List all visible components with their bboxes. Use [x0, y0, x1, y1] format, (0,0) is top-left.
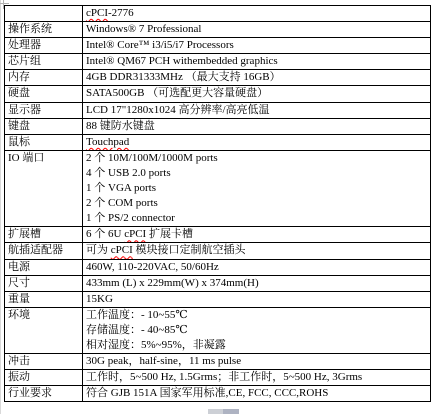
- scrollbar-thumb-light-segment: [208, 409, 223, 414]
- spec-label-cell[interactable]: 处理器: [5, 38, 83, 54]
- spec-value-cell[interactable]: 可为 cPCI 模块接口定制航空插头: [83, 243, 431, 259]
- table-row: 电源460W, 110-220VAC, 50/60Hz: [5, 259, 431, 275]
- spec-value-cell[interactable]: cPCI-2776: [83, 6, 431, 22]
- spec-line: 4GB DDR31333MHz （最大支持 16GB）: [86, 70, 427, 85]
- spec-label-cell[interactable]: 航插适配器: [5, 243, 83, 259]
- table-row: 显示器LCD 17"1280x1024 高分辨率/高亮低温: [5, 102, 431, 118]
- spec-label-cell[interactable]: [5, 6, 83, 22]
- spec-line: 30G peak，half-sine，11 ms pulse: [86, 354, 427, 369]
- spec-label-cell[interactable]: 鼠标: [5, 134, 83, 150]
- spec-line: 可为 cPCI 模块接口定制航空插头: [86, 243, 427, 258]
- table-row: 内存4GB DDR31333MHz （最大支持 16GB）: [5, 70, 431, 86]
- scrollbar-thumb[interactable]: [208, 409, 239, 414]
- spec-label-cell[interactable]: 振动: [5, 370, 83, 386]
- spec-value-cell[interactable]: Windows® 7 Professional: [83, 22, 431, 38]
- table-row: 航插适配器可为 cPCI 模块接口定制航空插头: [5, 243, 431, 259]
- spec-label-cell[interactable]: 内存: [5, 70, 83, 86]
- table-row: 硬盘SATA500GB （可选配更大容量硬盘）: [5, 86, 431, 102]
- spec-line: Intel® Core™ i3/i5/i7 Processors: [86, 38, 427, 53]
- spec-line: 460W, 110-220VAC, 50/60Hz: [86, 260, 427, 275]
- spec-line: Intel® QM67 PCH withembedded graphics: [86, 54, 427, 69]
- move-handle-horizontal-bar: [0, 3, 9, 4]
- spec-line: 433mm (L) x 229mm(W) x 374mm(H): [86, 276, 427, 291]
- spec-value-cell[interactable]: 工作时，5~500 Hz, 1.5Grms；非工作时，5~500 Hz, 3Gr…: [83, 370, 431, 386]
- spec-label-cell[interactable]: 显示器: [5, 102, 83, 118]
- spec-line: 符合 GJB 151A 国家军用标准,CE, FCC, CCC,ROHS: [86, 386, 427, 401]
- misspelled-word: cPCI: [86, 7, 108, 19]
- table-row: 环境工作温度：- 10~55℃存储温度：- 40~85℃相对湿度：5%~95%，…: [5, 307, 431, 353]
- table-row: 操作系统Windows® 7 Professional: [5, 22, 431, 38]
- misspelled-word: cPCI: [111, 244, 133, 256]
- spec-value-cell[interactable]: LCD 17"1280x1024 高分辨率/高亮低温: [83, 102, 431, 118]
- spec-line: 15KG: [86, 292, 427, 307]
- spec-label-cell[interactable]: 操作系统: [5, 22, 83, 38]
- spec-label-cell[interactable]: 行业要求: [5, 386, 83, 402]
- spec-value-cell[interactable]: 88 键防水键盘: [83, 118, 431, 134]
- spec-line: 2 个 10M/100M/1000M ports: [86, 151, 427, 166]
- spec-line: 6 个 6U cPCI 扩展卡槽: [86, 227, 427, 242]
- spec-label-cell[interactable]: 芯片组: [5, 54, 83, 70]
- spec-line: Touchpad: [86, 135, 427, 150]
- table-row: 行业要求符合 GJB 151A 国家军用标准,CE, FCC, CCC,ROHS: [5, 386, 431, 402]
- spec-label-cell[interactable]: 键盘: [5, 118, 83, 134]
- spec-table-body: cPCI-2776操作系统Windows® 7 Professional处理器I…: [5, 6, 431, 402]
- spec-value-cell[interactable]: SATA500GB （可选配更大容量硬盘）: [83, 86, 431, 102]
- table-row: 芯片组Intel® QM67 PCH withembedded graphics: [5, 54, 431, 70]
- table-row: 振动工作时，5~500 Hz, 1.5Grms；非工作时，5~500 Hz, 3…: [5, 370, 431, 386]
- table-row: 冲击30G peak，half-sine，11 ms pulse: [5, 354, 431, 370]
- spec-label-cell[interactable]: 冲击: [5, 354, 83, 370]
- scrollbar-thumb-dark-segment: [223, 409, 239, 414]
- spec-line: 存储温度：- 40~85℃: [86, 323, 427, 338]
- table-row: 处理器Intel® Core™ i3/i5/i7 Processors: [5, 38, 431, 54]
- spec-line: 88 键防水键盘: [86, 119, 427, 134]
- spec-label-cell[interactable]: IO 端口: [5, 150, 83, 226]
- spec-value-cell[interactable]: Intel® Core™ i3/i5/i7 Processors: [83, 38, 431, 54]
- spec-line: 工作温度：- 10~55℃: [86, 308, 427, 323]
- spec-label-cell[interactable]: 硬盘: [5, 86, 83, 102]
- spec-value-cell[interactable]: 2 个 10M/100M/1000M ports4 个 USB 2.0 port…: [83, 150, 431, 226]
- spec-line: 相对湿度：5%~95%，非凝露: [86, 338, 427, 353]
- spec-label-cell[interactable]: 扩展槽: [5, 227, 83, 243]
- spec-value-cell[interactable]: 工作温度：- 10~55℃存储温度：- 40~85℃相对湿度：5%~95%，非凝…: [83, 307, 431, 353]
- spec-label-cell[interactable]: 尺寸: [5, 275, 83, 291]
- spec-value-cell[interactable]: 30G peak，half-sine，11 ms pulse: [83, 354, 431, 370]
- table-row: 键盘88 键防水键盘: [5, 118, 431, 134]
- table-row: 鼠标Touchpad: [5, 134, 431, 150]
- spec-line: SATA500GB （可选配更大容量硬盘）: [86, 86, 427, 101]
- spec-table: cPCI-2776操作系统Windows® 7 Professional处理器I…: [4, 5, 431, 402]
- misspelled-word: cPCI: [124, 228, 146, 240]
- table-row: cPCI-2776: [5, 6, 431, 22]
- spec-line: 4 个 USB 2.0 ports: [86, 166, 427, 181]
- spec-line: Windows® 7 Professional: [86, 22, 427, 37]
- spec-value-cell[interactable]: 6 个 6U cPCI 扩展卡槽: [83, 227, 431, 243]
- spec-value-cell[interactable]: 符合 GJB 151A 国家军用标准,CE, FCC, CCC,ROHS: [83, 386, 431, 402]
- table-row: 尺寸433mm (L) x 229mm(W) x 374mm(H): [5, 275, 431, 291]
- spec-value-cell[interactable]: Intel® QM67 PCH withembedded graphics: [83, 54, 431, 70]
- misspelled-word: Touchpad: [86, 136, 129, 148]
- spec-line: LCD 17"1280x1024 高分辨率/高亮低温: [86, 103, 427, 118]
- spec-value-cell[interactable]: 15KG: [83, 291, 431, 307]
- spec-label-cell[interactable]: 电源: [5, 259, 83, 275]
- spec-label-cell[interactable]: 重量: [5, 291, 83, 307]
- page-edge-line: [0, 0, 1, 414]
- spec-value-cell[interactable]: Touchpad: [83, 134, 431, 150]
- spec-label-cell[interactable]: 环境: [5, 307, 83, 353]
- spec-line: 2 个 COM ports: [86, 196, 427, 211]
- spec-line: 工作时，5~500 Hz, 1.5Grms；非工作时，5~500 Hz, 3Gr…: [86, 370, 427, 385]
- spec-value-cell[interactable]: 433mm (L) x 229mm(W) x 374mm(H): [83, 275, 431, 291]
- table-row: IO 端口2 个 10M/100M/1000M ports4 个 USB 2.0…: [5, 150, 431, 226]
- spec-line: 1 个 VGA ports: [86, 181, 427, 196]
- spec-line: cPCI-2776: [86, 6, 427, 21]
- table-row: 扩展槽6 个 6U cPCI 扩展卡槽: [5, 227, 431, 243]
- spec-value-cell[interactable]: 460W, 110-220VAC, 50/60Hz: [83, 259, 431, 275]
- spec-value-cell[interactable]: 4GB DDR31333MHz （最大支持 16GB）: [83, 70, 431, 86]
- spec-line: 1 个 PS/2 connector: [86, 211, 427, 226]
- table-row: 重量15KG: [5, 291, 431, 307]
